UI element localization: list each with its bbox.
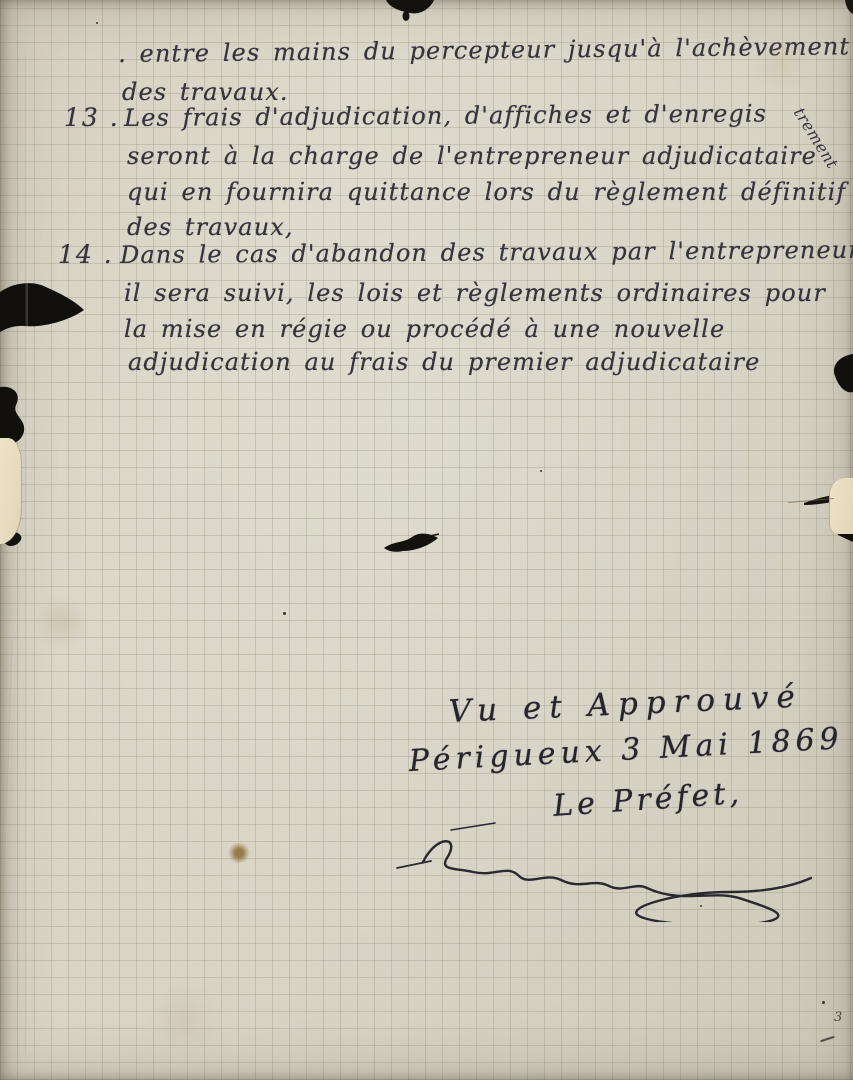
manuscript-line: Les frais d'adjudication, d'affiches et … <box>124 100 767 132</box>
manuscript-page: . entre les mains du percepteur jusqu'à … <box>0 0 853 1080</box>
paper-speck <box>700 905 702 907</box>
stain-mark <box>150 990 220 1050</box>
paper-speck <box>96 22 98 24</box>
manuscript-line: des travaux, <box>127 213 294 241</box>
ink-blot <box>845 0 853 14</box>
ink-blot <box>384 530 440 554</box>
paper-speck <box>283 612 286 615</box>
torn-edge <box>0 438 22 544</box>
manuscript-line: adjudication au frais du premier adjudic… <box>128 348 760 376</box>
item-number-14: 14 . <box>58 240 114 269</box>
pen-mark <box>820 1036 835 1043</box>
item-number-13: 13 . <box>64 103 120 132</box>
torn-edge <box>829 478 853 534</box>
stain-mark <box>752 40 812 86</box>
page-number: 3 <box>834 1010 842 1025</box>
ink-blot <box>0 280 84 336</box>
approval-line-prefet: Le Préfet, <box>552 776 744 824</box>
stain-mark <box>38 595 84 651</box>
paper-speck <box>540 470 542 472</box>
manuscript-line: des travaux. <box>122 78 289 106</box>
fold-crease <box>25 55 28 1055</box>
approval-line-date: Périgueux 3 Mai 1869 <box>408 721 845 779</box>
ink-blot <box>831 354 853 394</box>
manuscript-line: il sera suivi, les lois et règlements or… <box>124 279 826 307</box>
manuscript-line: . entre les mains du percepteur jusqu'à … <box>118 32 850 68</box>
approval-line-vu: Vu et Approuvé <box>448 679 803 730</box>
manuscript-line: seront à la charge de l'entrepreneur adj… <box>127 142 817 170</box>
fold-crease <box>4 640 14 870</box>
manuscript-line: la mise en régie ou procédé à une nouvel… <box>124 315 725 343</box>
manuscript-line: qui en fournira quittance lors du règlem… <box>127 178 846 206</box>
paper-speck <box>822 1001 825 1004</box>
signature-flourish <box>395 822 815 922</box>
manuscript-line: Dans le cas d'abandon des travaux par l'… <box>120 236 853 269</box>
ink-blot <box>386 0 434 22</box>
stain-mark <box>228 843 250 863</box>
